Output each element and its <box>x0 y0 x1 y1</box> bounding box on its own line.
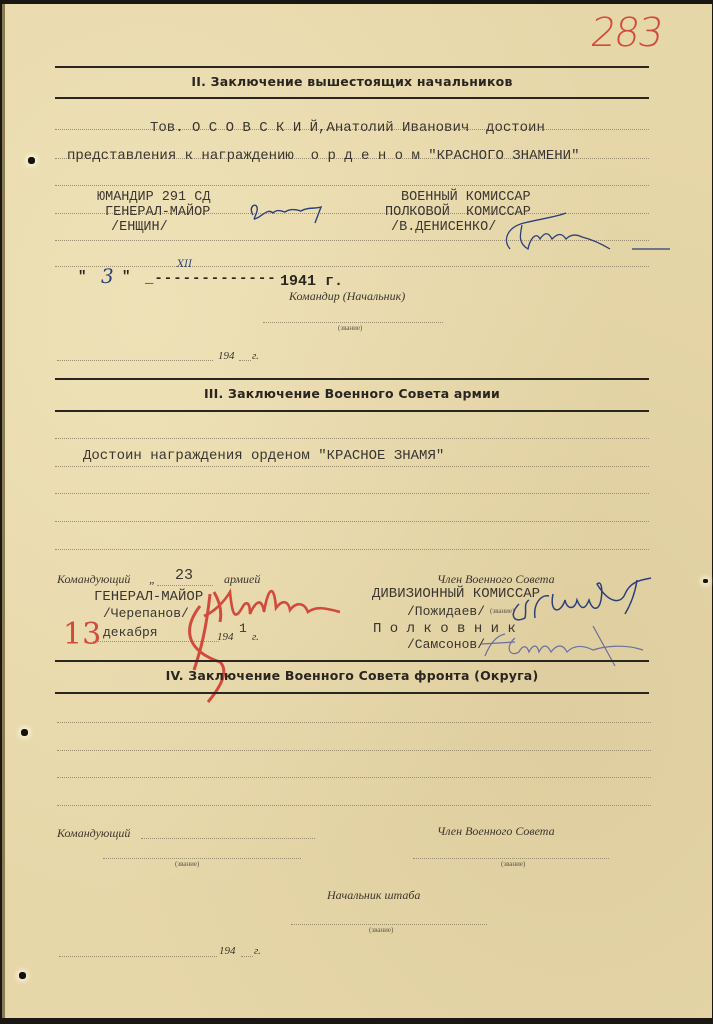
front-council-label: Член Военного Совета <box>437 824 555 839</box>
date-day-close-quote: " <box>122 269 130 285</box>
archive-page-number: 283 <box>588 10 665 56</box>
date-day: 3 <box>101 264 114 288</box>
ruled-line <box>57 750 651 751</box>
front-rank-line-right <box>413 858 609 859</box>
ruled-line <box>57 722 651 723</box>
document-page: 283 II. Заключение вышестоящих начальник… <box>2 4 712 1018</box>
ruled-line <box>55 466 649 467</box>
commander-name: /ЕНЩИН/ <box>111 220 168 235</box>
front-date-year: 194 <box>219 945 236 957</box>
army-colonel-signature <box>475 616 655 664</box>
ruled-line <box>55 266 649 267</box>
ruled-line <box>55 185 649 186</box>
front-date-line <box>59 956 217 957</box>
form-date-year: 194 <box>218 350 235 362</box>
form-date-line <box>239 360 251 361</box>
ruled-line <box>55 549 649 550</box>
army-date-day: 13 <box>63 617 101 652</box>
front-commanding-label: Командующий <box>57 826 130 841</box>
section2-top-rule <box>55 66 649 68</box>
punch-hole-middle <box>21 729 28 736</box>
army-number-open-quote: „ <box>149 572 156 587</box>
commander-title-1: ЮМАНДИР 291 СД <box>97 190 210 205</box>
section3-heading: III. Заключение Военного Совета армии <box>55 386 649 401</box>
front-rank-label-right: (звание) <box>501 860 525 868</box>
rank-line <box>263 322 443 323</box>
date-day-open-quote: " <box>78 269 86 285</box>
army-council-name: /Пожидаев/ <box>407 604 485 619</box>
form-date-line <box>57 360 213 361</box>
ruled-line <box>57 805 651 806</box>
date-dashes: _------------- <box>145 271 277 287</box>
army-colonel-name: /Самсонов/ <box>407 637 485 652</box>
army-date-month: декабря <box>103 625 158 640</box>
section3-bottom-rule <box>55 410 649 412</box>
commissar-signature <box>500 209 675 264</box>
army-commanding-label: Командующий <box>57 572 130 587</box>
front-rank-label-left: (звание) <box>175 860 199 868</box>
front-rank-line-left <box>103 858 301 859</box>
ruled-line <box>57 777 651 778</box>
form-label-commander: Командир (Начальник) <box>289 289 405 304</box>
army-commander-signature <box>170 572 350 707</box>
ruled-line <box>55 493 649 494</box>
section4-bottom-rule <box>55 692 649 694</box>
front-date-g: г. <box>254 945 261 957</box>
section3-top-rule <box>55 378 649 380</box>
section2-heading: II. Заключение вышестоящих начальников <box>55 74 649 89</box>
ruled-line <box>55 438 649 439</box>
award-line-1: Тов. О С О В С К И Й,Анатолий Иванович д… <box>150 120 545 136</box>
ruled-line <box>55 521 649 522</box>
army-council-conclusion: Достоин награждения орденом "КРАСНОЕ ЗНА… <box>83 448 444 464</box>
commissar-name: /В.ДЕНИСЕНКО/ <box>391 220 496 235</box>
section4-top-rule <box>55 660 649 662</box>
commander-title-2: ГЕНЕРАЛ-МАЙОР <box>105 205 210 220</box>
chief-of-staff-label: Начальник штаба <box>327 888 420 903</box>
commander-signature <box>245 197 325 227</box>
form-date-g: г. <box>252 350 259 362</box>
section4-heading: IV. Заключение Военного Совета фронта (О… <box>55 668 649 683</box>
punch-hole-right <box>703 579 708 583</box>
date-year: 1941 г. <box>280 273 343 290</box>
front-date-line <box>241 956 253 957</box>
commissar-title-1: ВОЕННЫЙ КОМИССАР <box>401 190 531 205</box>
punch-hole-top <box>28 157 35 164</box>
front-commanding-line <box>141 838 315 839</box>
chief-of-staff-rank-line <box>291 924 487 925</box>
section2-bottom-rule <box>55 97 649 99</box>
chief-of-staff-rank-label: (звание) <box>369 926 393 934</box>
date-month: XII <box>177 259 192 270</box>
punch-hole-bottom <box>19 972 26 979</box>
award-line-2: представления к награждению о р д е н о … <box>67 148 579 164</box>
form-label-rank: (звание) <box>338 324 362 332</box>
